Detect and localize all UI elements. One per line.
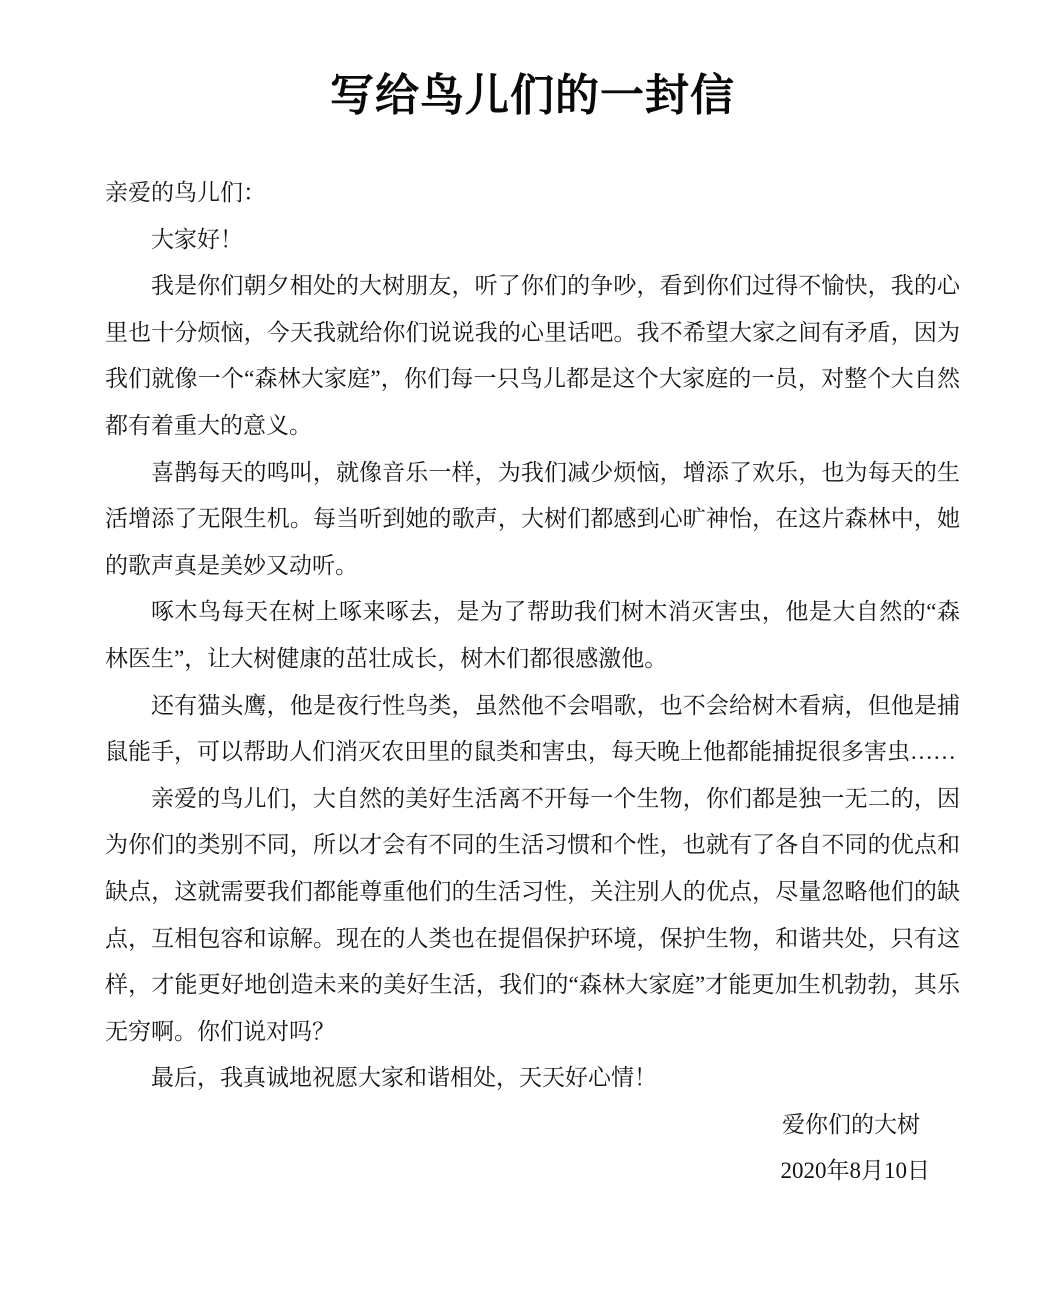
letter-date: 2020年8月10日	[105, 1148, 960, 1195]
paragraph-wish: 最后，我真诚地祝愿大家和谐相处，天天好心情！	[105, 1055, 960, 1102]
salutation: 亲爱的鸟儿们：	[105, 170, 960, 217]
paragraph-greeting: 大家好！	[105, 217, 960, 264]
paragraph-magpie: 喜鹊每天的鸣叫，就像音乐一样，为我们减少烦恼，增添了欢乐，也为每天的生活增添了无…	[105, 450, 960, 590]
signature: 爱你们的大树	[105, 1102, 960, 1149]
paragraph-intro: 我是你们朝夕相处的大树朋友，听了你们的争吵，看到你们过得不愉快，我的心里也十分烦…	[105, 263, 960, 449]
paragraph-owl: 还有猫头鹰，他是夜行性鸟类，虽然他不会唱歌，也不会给树木看病，但他是捕鼠能手，可…	[105, 683, 960, 776]
paragraph-woodpecker: 啄木鸟每天在树上啄来啄去，是为了帮助我们树木消灭害虫，他是大自然的“森林医生”，…	[105, 589, 960, 682]
letter-title: 写给鸟儿们的一封信	[105, 60, 960, 132]
letter-page: 写给鸟儿们的一封信 亲爱的鸟儿们： 大家好！ 我是你们朝夕相处的大树朋友，听了你…	[0, 0, 1060, 1312]
letter-body: 亲爱的鸟儿们： 大家好！ 我是你们朝夕相处的大树朋友，听了你们的争吵，看到你们过…	[105, 170, 960, 1195]
paragraph-conclusion: 亲爱的鸟儿们，大自然的美好生活离不开每一个生物，你们都是独一无二的，因为你们的类…	[105, 776, 960, 1056]
